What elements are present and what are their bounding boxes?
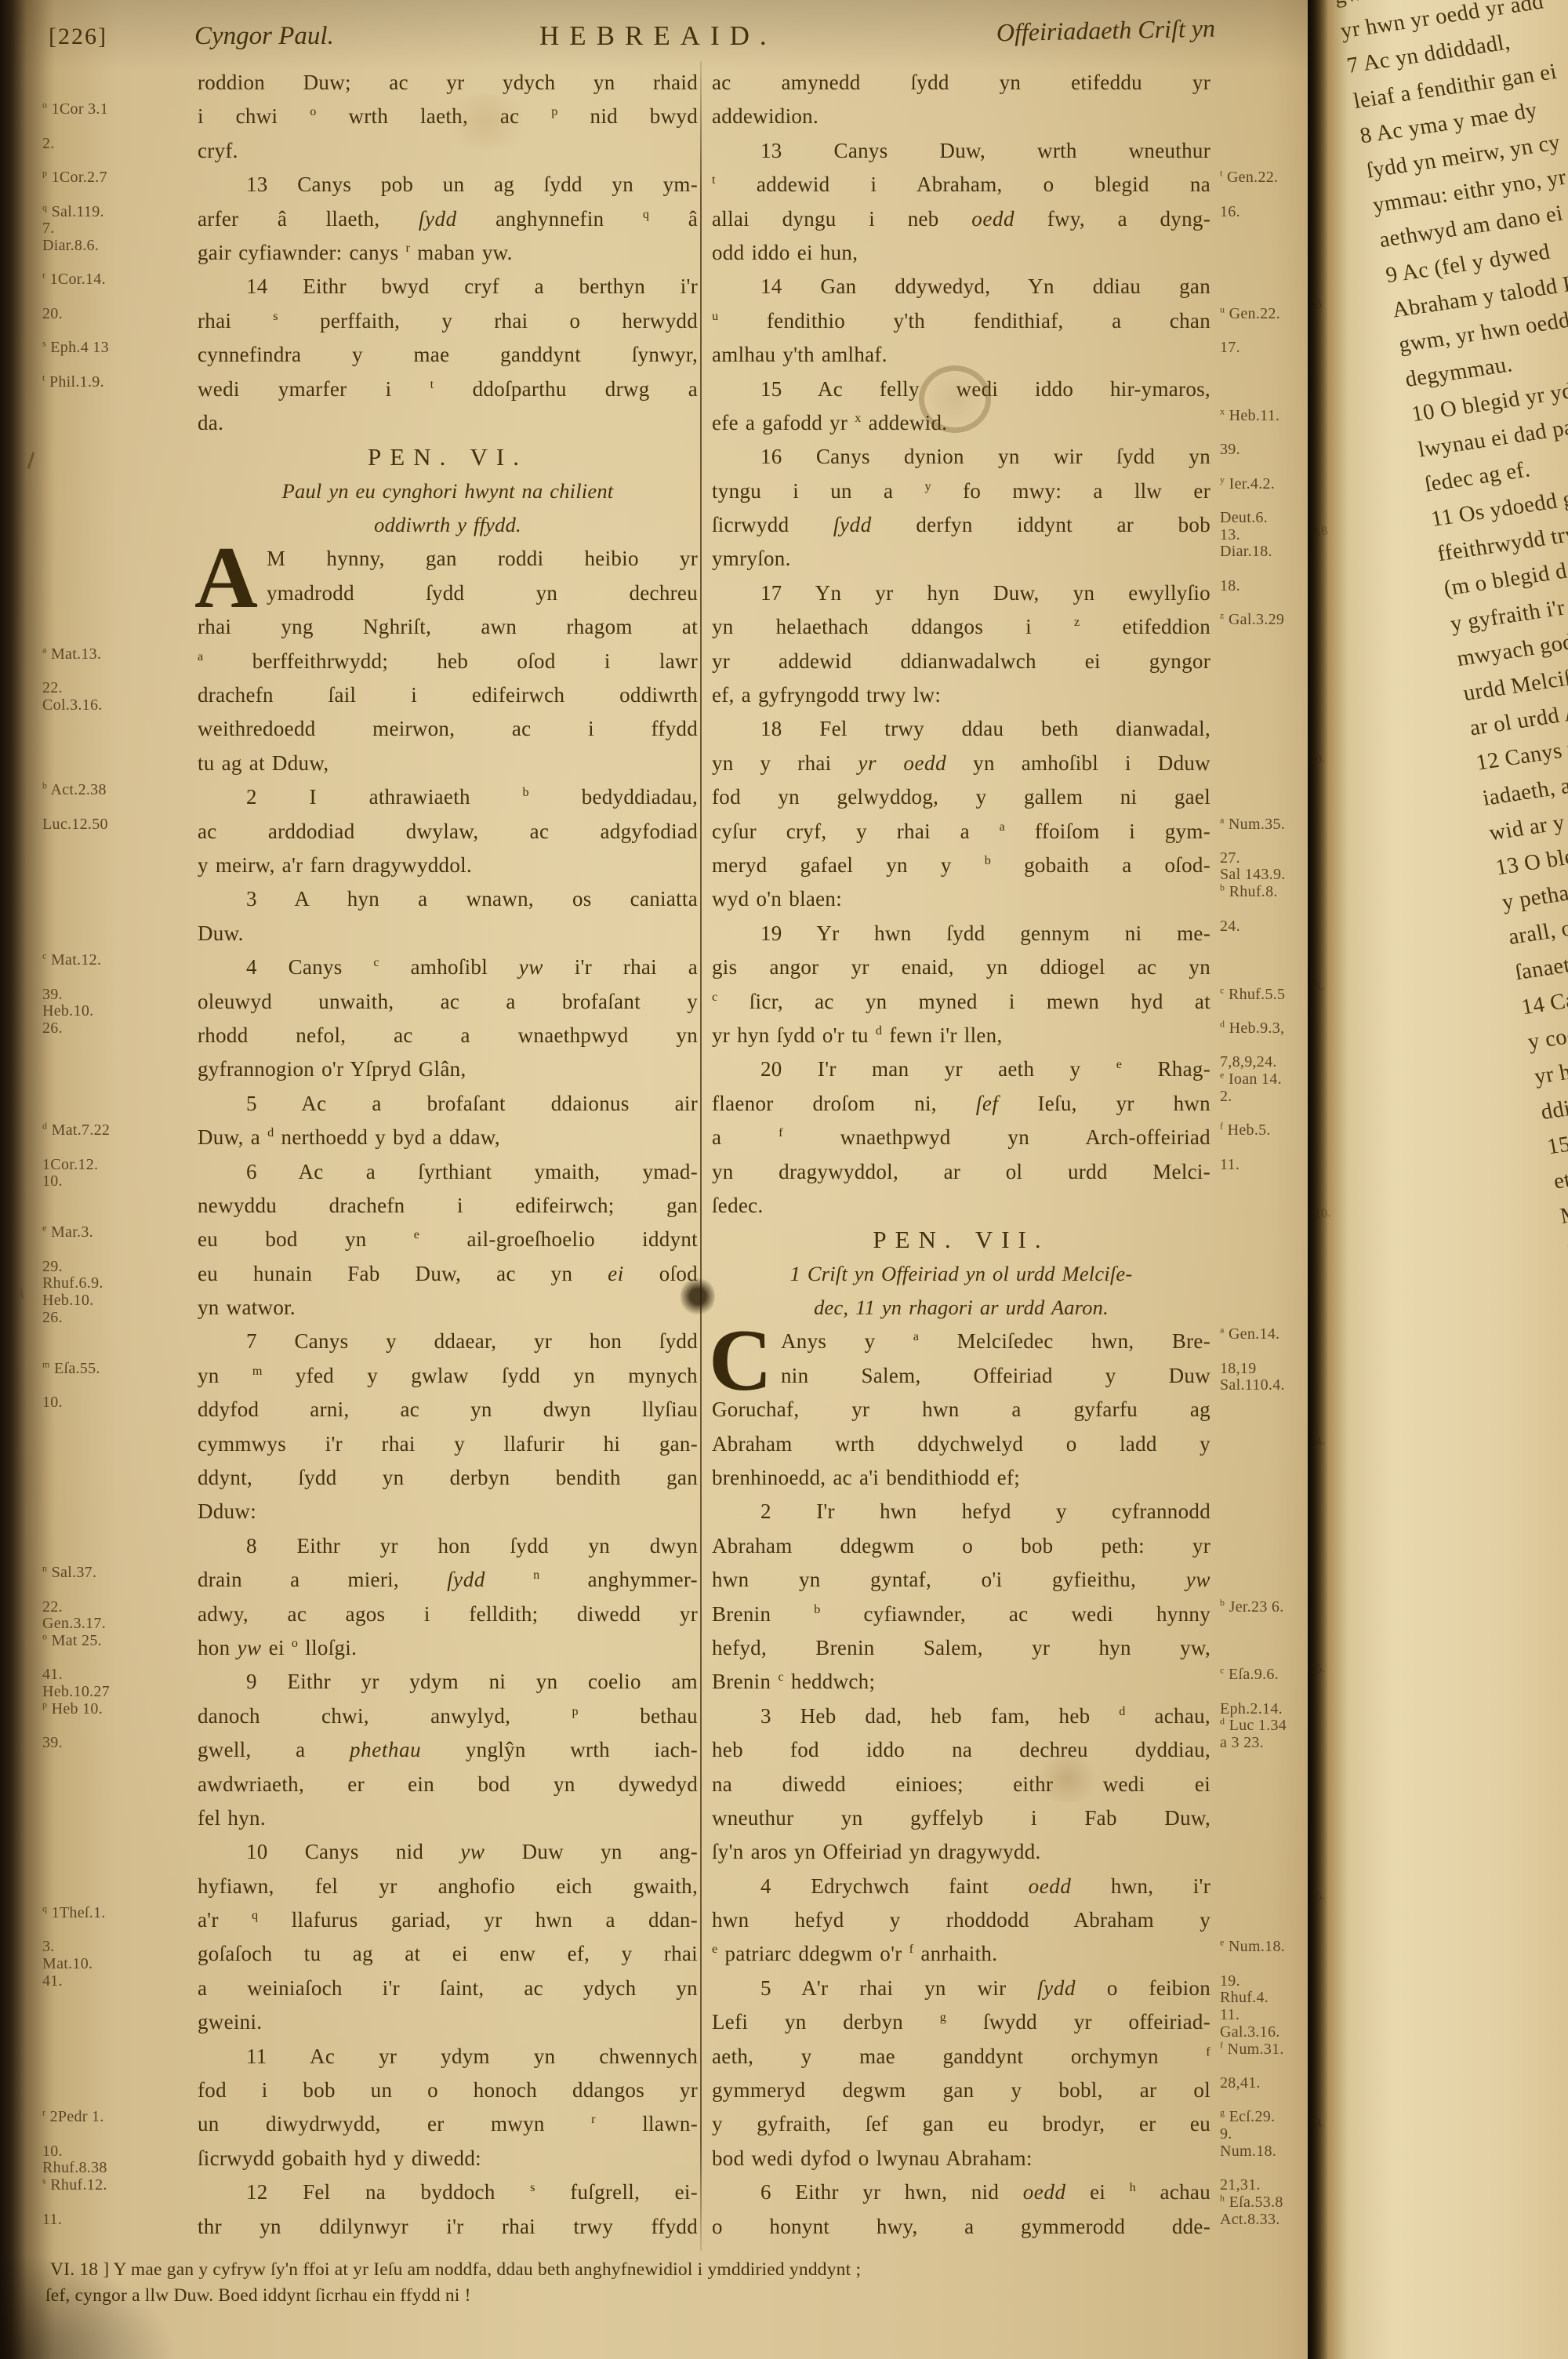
text-line: q Sal.119.7.arfer â llaeth, ſydd anghynn… xyxy=(198,202,698,236)
text-line: 41.a weiniaſoch i'r ſaint, ac ydych yn xyxy=(198,1972,698,2005)
text-line: hyfiawn, fel yr anghofio eich gwaith, xyxy=(198,1870,698,1903)
margin-note: o 1Cor 3.1 xyxy=(42,101,193,118)
text-line: 2 I'r hwn hefyd y cyfrannodd xyxy=(712,1495,1210,1528)
curled-page: 1311810.51.110.44.86.45.44. gwm gan Adyr… xyxy=(1308,0,1568,2359)
text-line: d Mat.7.22Duw, a d nerthoedd y byd a dda… xyxy=(198,1121,698,1154)
text-line: Deut.6.13.ſicrwydd ſydd derfyn iddynt ar… xyxy=(712,508,1210,542)
text-line: Abraham ddegwm o bob peth: yr xyxy=(712,1529,1210,1563)
text-line: 2.cryf. xyxy=(198,134,698,168)
margin-note: n Sal.37. xyxy=(42,1565,193,1582)
text-line: PEN. VII. xyxy=(712,1223,1210,1256)
text-line: Num.18.bod wedi dyfod o lwynau Abraham: xyxy=(712,2142,1210,2175)
text-line: a Mat.13.a berffeithrwydd; heb oſod i la… xyxy=(198,645,698,678)
text-line: r 2Pedr 1.un diwydrwydd, er mwyn r llawn… xyxy=(198,2107,698,2141)
text-line: o 1Cor 3.1i chwi o wrth laeth, ac p nid … xyxy=(198,100,698,133)
text-line: 17.amlhau y'th amlhaf. xyxy=(712,338,1210,372)
text-line: y meirw, a'r farn dragywyddol. xyxy=(198,849,698,882)
text-line: ſy'n aros yn Offeiriad yn dragywydd. xyxy=(712,1835,1210,1869)
text-line: ſedec. xyxy=(712,1189,1210,1223)
text-line: 27.Sal 143.9.meryd gafael yn y b gobaith… xyxy=(712,849,1210,882)
margin-note: Diar.8.6. xyxy=(42,238,193,255)
text-line: dec, 11 yn rhagori ar urdd Aaron. xyxy=(712,1291,1210,1325)
text-line: ac amynedd ſydd yn etifeddu yr xyxy=(712,66,1210,100)
book-page: [226] Cyngor Paul. HEBREAID. Offeiriadae… xyxy=(0,0,1568,2359)
text-line: u Gen.22.u fendithio y'th fendithiaf, a … xyxy=(712,304,1210,338)
text-line: 7 Canys y ddaear, yr hon ſydd xyxy=(198,1325,698,1358)
left-column: roddion Duw; ac yr ydych yn rhaido 1Cor … xyxy=(198,66,698,2244)
margin-note: m Eſa.55. xyxy=(42,1361,193,1378)
text-line: 11.yn dragywyddol, ar ol urdd Melci- xyxy=(712,1155,1210,1189)
margin-note: 1Cor.12.10. xyxy=(42,1157,193,1190)
text-line: 26.rhodd nefol, ac a wnaethpwyd yn xyxy=(198,1019,698,1052)
margin-note: t Phil.1.9. xyxy=(42,374,193,391)
margin-note: p 1Cor.2.7 xyxy=(42,169,193,187)
text-line: Abraham wrth ddychwelyd o ladd y xyxy=(712,1427,1210,1461)
text-line: r 1Cor.14.14 Eithr bwyd cryf a berthyn i… xyxy=(198,270,698,304)
text-line: p Heb 10.danoch chwi, anwylyd, p bethau xyxy=(198,1699,698,1733)
text-line: c Rhuf.5.5c ſicr, ac yn myned i mewn hyd… xyxy=(712,985,1210,1019)
text-line: ef, a gyfryngodd trwy lw: xyxy=(712,678,1210,712)
text-line: m Eſa.55.yn m yfed y gwlaw ſydd yn mynyc… xyxy=(198,1359,698,1393)
text-line: f Num.31.aeth, y mae ganddynt orchymyn f xyxy=(712,2040,1210,2074)
drop-cap: A xyxy=(194,540,258,616)
text-line: a Num.35.cyſur cryf, y rhai a a ffoiſom … xyxy=(712,815,1210,849)
text-line: b Rhuf.8.wyd o'n blaen: xyxy=(712,882,1210,916)
text-line: ddynt, ſydd yn derbyn bendith gan xyxy=(198,1461,698,1495)
text-line: 20.rhai s perffaith, y rhai o herwydd xyxy=(198,304,698,338)
page-corner-shadow xyxy=(0,2155,329,2359)
text-line: da. xyxy=(198,406,698,440)
text-line: na diwedd einioes; eithr wedi ei xyxy=(712,1768,1210,1801)
text-line: hefyd, Brenin Salem, yr hyn yw, xyxy=(712,1631,1210,1665)
margin-note: 3.Mat.10. xyxy=(42,1939,193,1972)
text-line: 8 Eithr yr hon ſydd yn dwyn xyxy=(198,1529,698,1563)
text-line: x Heb.11.efe a gafodd yr x addewid. xyxy=(712,406,1210,440)
running-title-left: Cyngor Paul. xyxy=(194,22,334,51)
text-line: t Gen.22.t addewid i Abraham, o blegid n… xyxy=(712,168,1210,202)
margin-note: 29.Rhuf.6.9. xyxy=(42,1259,193,1292)
text-line: 11 Ac yr ydym yn chwennych xyxy=(198,2040,698,2074)
text-line: 15 Ac felly wedi iddo hir-ymaros, xyxy=(712,373,1210,406)
margin-note: 2. xyxy=(42,136,193,153)
text-line: addewidion. xyxy=(712,100,1210,133)
margin-note: 41. xyxy=(42,1973,193,1990)
text-line: 41.Heb.10.279 Eithr yr ydym ni yn coelio… xyxy=(198,1665,698,1699)
margin-note: s Eph.4 13 xyxy=(42,340,193,357)
page-crease-shadow xyxy=(1308,0,1328,2359)
text-line: c Eſa.9.6.Brenin c heddwch; xyxy=(712,1665,1210,1699)
text-line: Paul yn eu cynghori hwynt na chilient xyxy=(198,474,698,508)
text-line: z Gal.3.29yn helaethach ddangos i z etif… xyxy=(712,610,1210,644)
text-line: yn y rhai yr oedd yn amhoſibl i Dduw xyxy=(712,747,1210,780)
text-line: awdwriaeth, er ein bod yn dywedyd xyxy=(198,1768,698,1801)
text-line: 7,8,9,24.e Ioan 14.20 I'r man yr aeth y … xyxy=(712,1052,1210,1086)
text-line: Diar.8.6.gair cyfiawnder: canys r maban … xyxy=(198,236,698,270)
running-title-right: Offeiriadaeth Criſt yn xyxy=(878,14,1216,50)
text-line: 1 Criſt yn Offeiriad yn ol urdd Melciſe- xyxy=(712,1257,1210,1291)
text-line: odd iddo ei hun, xyxy=(712,236,1210,270)
margin-note: Luc.12.50 xyxy=(42,816,193,834)
text-line: 18,19Sal.110.4.nin Salem, Offeiriad y Du… xyxy=(712,1359,1210,1393)
text-line: d Heb.9.3,yr hyn ſydd o'r tu d fewn i'r … xyxy=(712,1019,1210,1052)
margin-note: 22.Col.3.16. xyxy=(42,680,193,714)
text-line: g Ecſ.29.9.y gyfraith, ſef gan eu brodyr… xyxy=(712,2107,1210,2141)
text-line: tu ag at Dduw, xyxy=(198,747,698,780)
text-line: 13 Canys Duw, wrth wneuthur xyxy=(712,134,1210,168)
margin-note: q 1Theſ.1. xyxy=(42,1905,193,1922)
margin-note: Heb.10.26. xyxy=(42,1292,193,1326)
margin-note: 22.Gen.3.17. xyxy=(42,1599,193,1633)
text-line: 14 Gan ddywedyd, Yn ddiau gan xyxy=(712,270,1210,304)
text-line: e Mar.3.eu bod yn e ail-groeſhoelio iddy… xyxy=(198,1223,698,1256)
text-line: gis angor yr enaid, yn ddiogel ac yn xyxy=(712,951,1210,984)
text-line: hwn hefyd y rhoddodd Abraham y xyxy=(712,1903,1210,1937)
text-line: 16.allai dyngu i neb oedd fwy, a dyng- xyxy=(712,202,1210,236)
text-line: b Jer.23 6.Brenin b cyfiawnder, ac wedi … xyxy=(712,1598,1210,1631)
margin-note: 10. xyxy=(42,1394,193,1412)
text-line: 39.16 Canys dynion yn wir ſydd yn xyxy=(712,440,1210,474)
text-line: 4 Edrychwch faint oedd hwn, i'r xyxy=(712,1870,1210,1903)
text-line: 21,31.h Eſa.53.86 Eithr yr hwn, nid oedd… xyxy=(712,2175,1210,2209)
margin-note: r 1Cor.14. xyxy=(42,271,193,289)
page-header: [226] Cyngor Paul. HEBREAID. Offeiriadae… xyxy=(0,17,1317,61)
text-line: fod yn gelwyddog, y gallem ni gael xyxy=(712,780,1210,814)
text-line: Act.8.33.o honynt hwy, a gymmerodd dde- xyxy=(712,2210,1210,2244)
text-line: y Ier.4.2.tyngu i un a y fo mwy: a llw e… xyxy=(712,474,1210,508)
page-number: [226] xyxy=(49,24,107,50)
text-line: gweini. xyxy=(198,2005,698,2039)
text-line: 28,41.gymmeryd degwm gan y bobl, ar ol xyxy=(712,2074,1210,2107)
margin-note: 39. xyxy=(42,1735,193,1752)
text-line: 29.Rhuf.6.9.eu hunain Fab Duw, ac yn ei … xyxy=(198,1257,698,1291)
text-line: Duw. xyxy=(198,917,698,951)
text-line: brenhinoedd, ac a'i bendithiodd ef; xyxy=(712,1461,1210,1495)
column-divider xyxy=(700,61,702,2251)
text-line: Heb.10.26.yn watwor. xyxy=(198,1291,698,1325)
text-line: fel hyn. xyxy=(198,1801,698,1835)
text-line: 18.17 Yn yr hyn Duw, yn ewyllyſio xyxy=(712,576,1210,610)
margin-note: d Mat.7.22 xyxy=(42,1122,193,1140)
text-line: 3.Mat.10.goſaſoch tu ag at ei enw ef, y … xyxy=(198,1937,698,1971)
text-line: c Mat.12.4 Canys c amhoſibl yw i'r rhai … xyxy=(198,951,698,984)
text-line: f Heb.5.a f wnaethpwyd yn Arch-offeiriad xyxy=(712,1121,1210,1154)
text-line: fod i bob un o honoch ddangos yr xyxy=(198,2074,698,2107)
text-line: o Mat 25.hon yw ei o lloſgi. xyxy=(198,1631,698,1665)
text-line: a 3 23.heb fod iddo na dechreu dyddiau, xyxy=(712,1733,1210,1767)
text-line: 22.Gen.3.17.adwy, ac agos i felldith; di… xyxy=(198,1598,698,1631)
margin-note: a Mat.13. xyxy=(42,646,193,663)
text-line: e Num.18.e patriarc ddegwm o'r f anrhait… xyxy=(712,1937,1210,1971)
text-line: 22.Col.3.16.drachefn ſail i edifeirwch o… xyxy=(198,678,698,712)
text-line: Diar.18.ymryſon. xyxy=(712,542,1210,576)
text-line: p 1Cor.2.713 Canys pob un ag ſydd yn ym- xyxy=(198,168,698,202)
text-line: Luc.12.50ac arddodiad dwylaw, ac adgyfod… xyxy=(198,815,698,849)
margin-note: q Sal.119.7. xyxy=(42,204,193,238)
margin-note: e Mar.3. xyxy=(42,1224,193,1241)
text-line: 2.flaenor droſom ni, ſef Ieſu, yr hwn xyxy=(712,1087,1210,1121)
text-line: weithredoedd meirwon, ac i ffydd xyxy=(198,712,698,746)
book-title: HEBREAID. xyxy=(539,20,777,52)
text-line: 10.ddyfod arni, ac yn dwyn llyſiau xyxy=(198,1393,698,1427)
text-line: rhai yng Nghriſt, awn rhagom at xyxy=(198,610,698,644)
text-line: 1Cor.12.10.6 Ac a ſyrthiant ymaith, ymad… xyxy=(198,1155,698,1189)
text-line: hwn yn gyntaf, o'i gyfieithu, yw xyxy=(712,1563,1210,1597)
text-line: n Sal.37.drain a mieri, ſydd n anghymmer… xyxy=(198,1563,698,1597)
margin-note: r 2Pedr 1. xyxy=(42,2109,193,2126)
text-line: cymmwys i'r rhai y llafurir hi gan- xyxy=(198,1427,698,1461)
margin-note: o Mat 25. xyxy=(42,1633,193,1650)
margin-note: c Mat.12. xyxy=(42,952,193,969)
margin-note: 41.Heb.10.27 xyxy=(42,1667,193,1700)
text-line: roddion Duw; ac yr ydych yn rhaid xyxy=(198,66,698,100)
text-line: newyddu drachefn i edifeirwch; gan xyxy=(198,1189,698,1223)
text-line: Dduw: xyxy=(198,1495,698,1528)
text-line: AM hynny, gan roddi heibio yr xyxy=(198,542,698,576)
text-line: Ca Gen.14.Anys y a Melciſedec hwn, Bre- xyxy=(712,1325,1210,1358)
text-line: 5 Ac a brofaſant ddaionus air xyxy=(198,1087,698,1121)
text-line: Eph.2.14.d Luc 1.343 Heb dad, heb fam, h… xyxy=(712,1699,1210,1733)
drop-cap: C xyxy=(709,1323,772,1398)
text-line: b Act.2.382 I athrawiaeth b bedyddiadau, xyxy=(198,780,698,814)
margin-note: 20. xyxy=(42,306,193,323)
text-line: gyfrannogion o'r Yſpryd Glân, xyxy=(198,1052,698,1086)
text-line: q 1Theſ.1.a'r q llafurus gariad, yr hwn … xyxy=(198,1903,698,1937)
text-line: yr addewid ddianwadalwch ei gyngor xyxy=(712,645,1210,678)
text-line: s Eph.4 13cynnefindra y mae ganddynt ſyn… xyxy=(198,338,698,372)
text-line: PEN. VI. xyxy=(198,440,698,474)
margin-note: b Act.2.38 xyxy=(42,782,193,799)
text-line: 19.Rhuf.4.5 A'r rhai yn wir ſydd o feibi… xyxy=(712,1972,1210,2005)
text-line: 18 Fel trwy ddau beth dianwadal, xyxy=(712,712,1210,746)
margin-note: 26. xyxy=(42,1020,193,1038)
margin-note: 39.Heb.10. xyxy=(42,987,193,1020)
text-line: 10 Canys nid yw Duw yn ang- xyxy=(198,1835,698,1869)
text-line: 11.Gal.3.16.Lefi yn derbyn g ſwydd yr of… xyxy=(712,2005,1210,2039)
text-line: 3 A hyn a wnawn, os caniatta xyxy=(198,882,698,916)
text-line: ymadrodd ſydd yn dechreu xyxy=(198,576,698,610)
text-line: 24.19 Yr hwn ſydd gennym ni me- xyxy=(712,917,1210,951)
text-line: t Phil.1.9.wedi ymarfer i t ddoſparthu d… xyxy=(198,373,698,406)
text-line: Goruchaf, yr hwn a gyfarfu ag xyxy=(712,1393,1210,1427)
text-line: wneuthur yn gyffelyb i Fab Duw, xyxy=(712,1801,1210,1835)
margin-note: p Heb 10. xyxy=(42,1701,193,1718)
text-line: oddiwrth y ffydd. xyxy=(198,508,698,542)
text-line: 39.gwell, a phethau ynglŷn wrth iach- xyxy=(198,1733,698,1767)
text-line: 39.Heb.10.oleuwyd unwaith, ac a brofaſan… xyxy=(198,985,698,1019)
curled-page-text: gwm gan Adyr hwn yr oedd yr add7 Ac yn d… xyxy=(1331,0,1568,2245)
right-column: ac amynedd ſydd yn etifeddu yraddewidion… xyxy=(712,66,1210,2244)
